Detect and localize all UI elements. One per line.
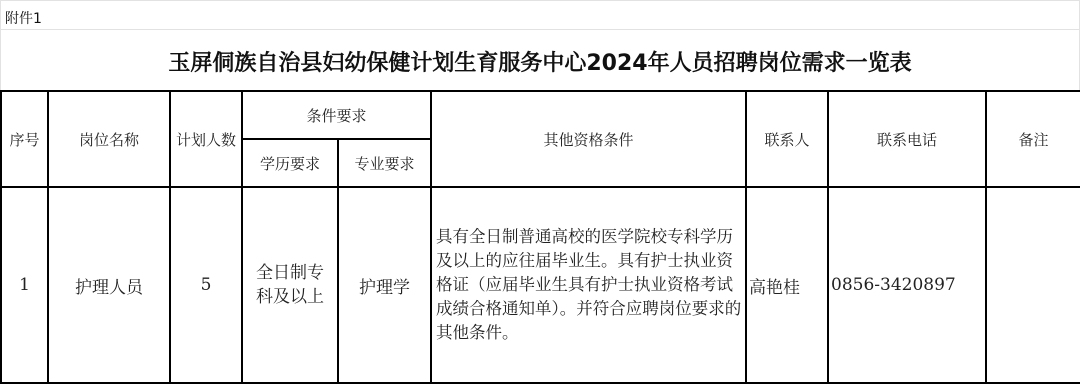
attachment-row: 附件1 — [0, 0, 1080, 30]
cell-education: 全日制专科及以上 — [242, 187, 338, 383]
cell-contact-person: 高艳桂 — [746, 187, 828, 383]
cell-planned-count: 5 — [170, 187, 242, 383]
header-major: 专业要求 — [338, 139, 431, 187]
cell-remarks — [986, 187, 1080, 383]
header-requirements-group: 条件要求 — [242, 91, 431, 139]
header-position: 岗位名称 — [48, 91, 170, 187]
header-row-1: 序号 岗位名称 计划人数 条件要求 其他资格条件 联系人 联系电话 备注 — [1, 91, 1080, 139]
header-other-qualifications: 其他资格条件 — [431, 91, 746, 187]
header-remarks: 备注 — [986, 91, 1080, 187]
page-title: 玉屏侗族自治县妇幼保健计划生育服务中心2024年人员招聘岗位需求一览表 — [1, 46, 1079, 77]
header-contact-phone: 联系电话 — [828, 91, 986, 187]
title-row: 玉屏侗族自治县妇幼保健计划生育服务中心2024年人员招聘岗位需求一览表 — [0, 29, 1080, 91]
cell-other-qualifications: 具有全日制普通高校的医学院校专科学历及以上的应往届毕业生。具有护士执业资格证（应… — [431, 187, 746, 383]
cell-contact-phone: 0856-3420897 — [828, 187, 986, 383]
header-index: 序号 — [1, 91, 48, 187]
header-contact-person: 联系人 — [746, 91, 828, 187]
header-education: 学历要求 — [242, 139, 338, 187]
header-planned-count: 计划人数 — [170, 91, 242, 187]
attachment-label: 附件1 — [5, 8, 42, 28]
table-row: 1 护理人员 5 全日制专科及以上 护理学 具有全日制普通高校的医学院校专科学历… — [1, 187, 1080, 383]
education-text: 全日制专科及以上 — [250, 261, 330, 309]
cell-position: 护理人员 — [48, 187, 170, 383]
recruitment-table: 序号 岗位名称 计划人数 条件要求 其他资格条件 联系人 联系电话 备注 学历要… — [0, 90, 1080, 384]
cell-major: 护理学 — [338, 187, 431, 383]
other-qualifications-text: 具有全日制普通高校的医学院校专科学历及以上的应往届毕业生。具有护士执业资格证（应… — [434, 225, 745, 345]
cell-index: 1 — [1, 187, 48, 383]
